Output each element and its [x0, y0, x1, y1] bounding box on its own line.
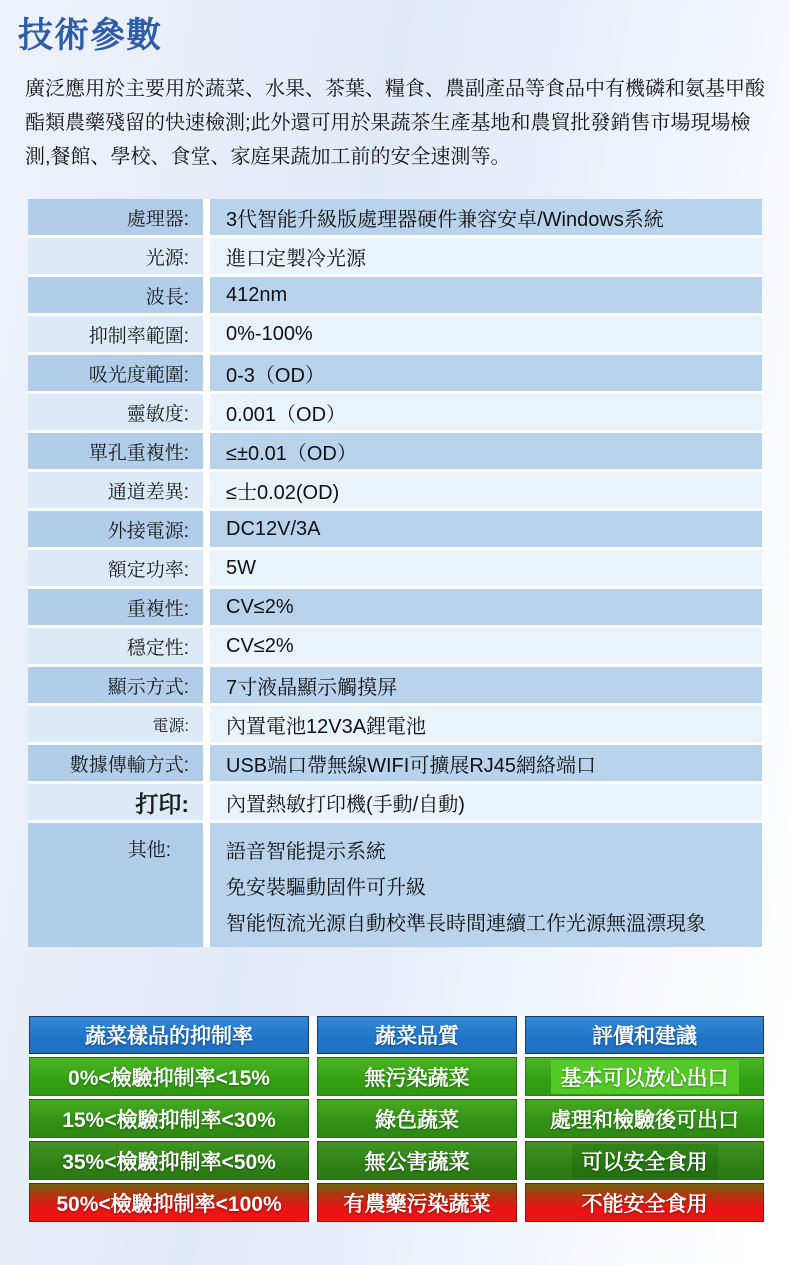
advice-highlight: 基本可以放心出口	[551, 1060, 739, 1094]
spec-value: 412nm	[210, 277, 762, 313]
spec-row-sensitivity: 靈敏度: 0.001（OD）	[28, 394, 762, 430]
spec-value: ≤士0.02(OD)	[210, 472, 762, 508]
spec-row-channel-difference: 通道差異: ≤士0.02(OD)	[28, 472, 762, 508]
spec-value: 內置電池12V3A鋰電池	[210, 706, 762, 742]
spec-label: 單孔重複性:	[28, 433, 203, 469]
spec-value: USB端口帶無線WIFI可擴展RJ45網絡端口	[210, 745, 762, 781]
result-header-vegetable-quality: 蔬菜品質	[317, 1016, 517, 1054]
spec-row-data-transfer: 數據傳輸方式: USB端口帶無線WIFI可擴展RJ45網絡端口	[28, 745, 762, 781]
intro-paragraph: 廣泛應用於主要用於蔬菜、水果、茶葉、糧食、農副產品等食品中有機磷和氨基甲酸酯類農…	[25, 72, 767, 174]
spec-label: 重複性:	[28, 589, 203, 625]
result-quality-cell: 綠色蔬菜	[317, 1099, 517, 1138]
spec-label: 打印:	[28, 784, 203, 820]
result-advice-cell: 不能安全食用	[525, 1183, 764, 1222]
page-title: 技術參數	[18, 8, 790, 58]
result-range-cell: 15%<檢驗抑制率<30%	[29, 1099, 309, 1138]
spec-value: 0-3（OD）	[210, 355, 762, 391]
spec-row-power: 電源: 內置電池12V3A鋰電池	[28, 706, 762, 742]
spec-value: 5W	[210, 550, 762, 586]
result-range-cell: 0%<檢驗抑制率<15%	[29, 1057, 309, 1096]
spec-label: 外接電源:	[28, 511, 203, 547]
result-quality-cell: 有農藥污染蔬菜	[317, 1183, 517, 1222]
result-table: 蔬菜樣品的抑制率 蔬菜品質 評價和建議 0%<檢驗抑制率<15% 無污染蔬菜 基…	[29, 1016, 764, 1222]
spec-value: 內置熱敏打印機(手動/自動)	[210, 784, 762, 820]
spec-label: 電源:	[28, 706, 203, 742]
result-quality-cell: 無污染蔬菜	[317, 1057, 517, 1096]
spec-label: 其他:	[28, 823, 203, 947]
spec-label: 顯示方式:	[28, 667, 203, 703]
spec-value: 3代智能升級版處理器硬件兼容安卓/Windows系統	[210, 199, 762, 235]
advice-highlight-dark: 可以安全食用	[572, 1144, 718, 1178]
spec-label: 通道差異:	[28, 472, 203, 508]
spec-row-single-hole-repeatability: 單孔重複性: ≤±0.01（OD）	[28, 433, 762, 469]
spec-label: 抑制率範圍:	[28, 316, 203, 352]
spec-label: 數據傳輸方式:	[28, 745, 203, 781]
spec-value-multiline: 語音智能提示系統 免安裝驅動固件可升級 智能恆流光源自動校準長時間連續工作光源無…	[210, 823, 762, 947]
spec-table: 處理器: 3代智能升級版處理器硬件兼容安卓/Windows系統 光源: 進口定製…	[28, 199, 762, 947]
spec-value: CV≤2%	[210, 628, 762, 664]
spec-value: ≤±0.01（OD）	[210, 433, 762, 469]
spec-label: 額定功率:	[28, 550, 203, 586]
spec-label: 穩定性:	[28, 628, 203, 664]
result-advice-cell: 基本可以放心出口	[525, 1057, 764, 1096]
result-advice-cell: 可以安全食用	[525, 1141, 764, 1180]
spec-row-light-source: 光源: 進口定製冷光源	[28, 238, 762, 274]
spec-row-repeatability: 重複性: CV≤2%	[28, 589, 762, 625]
spec-row-processor: 處理器: 3代智能升級版處理器硬件兼容安卓/Windows系統	[28, 199, 762, 235]
result-advice-cell: 處理和檢驗後可出口	[525, 1099, 764, 1138]
spec-value: CV≤2%	[210, 589, 762, 625]
result-header-evaluation: 評價和建議	[525, 1016, 764, 1054]
spec-row-wavelength: 波長: 412nm	[28, 277, 762, 313]
spec-label: 吸光度範圍:	[28, 355, 203, 391]
spec-row-stability: 穩定性: CV≤2%	[28, 628, 762, 664]
spec-value: 0%-100%	[210, 316, 762, 352]
spec-label: 波長:	[28, 277, 203, 313]
spec-row-other: 其他: 語音智能提示系統 免安裝驅動固件可升級 智能恆流光源自動校準長時間連續工…	[28, 823, 762, 947]
spec-value: 0.001（OD）	[210, 394, 762, 430]
spec-row-inhibition-range: 抑制率範圍: 0%-100%	[28, 316, 762, 352]
result-range-cell: 50%<檢驗抑制率<100%	[29, 1183, 309, 1222]
spec-value-line: 智能恆流光源自動校準長時間連續工作光源無溫漂現象	[226, 903, 762, 939]
result-range-cell: 35%<檢驗抑制率<50%	[29, 1141, 309, 1180]
spec-label: 光源:	[28, 238, 203, 274]
result-quality-cell: 無公害蔬菜	[317, 1141, 517, 1180]
spec-row-printing: 打印: 內置熱敏打印機(手動/自動)	[28, 784, 762, 820]
spec-row-external-power: 外接電源: DC12V/3A	[28, 511, 762, 547]
spec-value-line: 免安裝驅動固件可升級	[226, 867, 762, 903]
spec-row-absorbance-range: 吸光度範圍: 0-3（OD）	[28, 355, 762, 391]
spec-row-display: 顯示方式: 7寸液晶顯示觸摸屏	[28, 667, 762, 703]
spec-row-rated-power: 額定功率: 5W	[28, 550, 762, 586]
spec-value: 7寸液晶顯示觸摸屏	[210, 667, 762, 703]
spec-label: 靈敏度:	[28, 394, 203, 430]
spec-label: 處理器:	[28, 199, 203, 235]
spec-value-line: 語音智能提示系統	[226, 831, 762, 867]
result-header-inhibition-rate: 蔬菜樣品的抑制率	[29, 1016, 309, 1054]
spec-value: 進口定製冷光源	[210, 238, 762, 274]
spec-value: DC12V/3A	[210, 511, 762, 547]
page: 技術參數 廣泛應用於主要用於蔬菜、水果、茶葉、糧食、農副產品等食品中有機磷和氨基…	[0, 8, 790, 1265]
